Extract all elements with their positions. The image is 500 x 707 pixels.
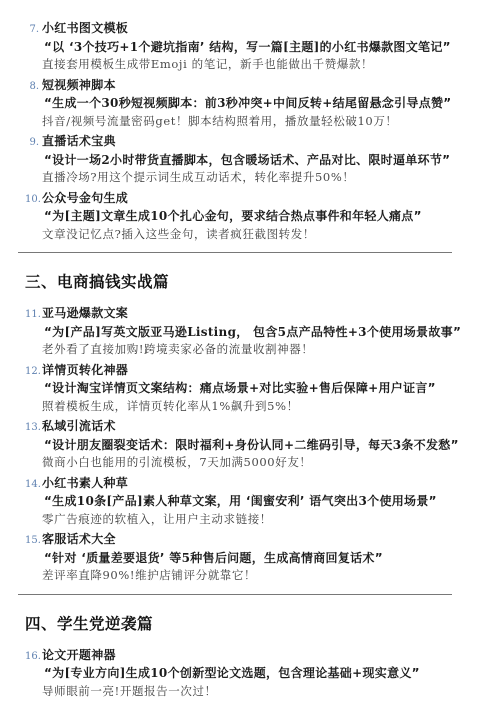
item-number: 8.	[25, 77, 41, 96]
item-note: 老外看了直接加购!跨境卖家必备的流量收割神器！	[42, 341, 500, 359]
item-title: 详情页转化神器	[42, 362, 500, 381]
item-title: 小红书素人种草	[42, 475, 500, 494]
item-title: 客服话术大全	[42, 531, 500, 550]
prompt-item: 8. 短视频神脚本 “生成一个30秒短视频脚本：前3秒冲突+中间反转+结尾留悬念…	[25, 77, 500, 131]
item-title: 亚马逊爆款文案	[42, 305, 500, 324]
prompt-item: 11. 亚马逊爆款文案 “为[产品]写英文版亚马逊Listing， 包含5点产品…	[25, 305, 500, 359]
prompt-item: 12. 详情页转化神器 “设计淘宝详情页文案结构：痛点场景+对比实验+售后保障+…	[25, 362, 500, 416]
section-heading: 三、电商搞钱实战篇	[25, 270, 500, 292]
section: 四、学生党逆袭篇 16. 论文开题神器 “为[专业方向]生成10个创新型论文选题…	[25, 594, 500, 701]
section-divider	[18, 252, 452, 253]
item-prompt: “为[产品]写英文版亚马逊Listing， 包含5点产品特性+3个使用场景故事”	[42, 324, 500, 342]
item-note: 直播冷场?用这个提示词生成互动话术，转化率提升50%！	[42, 169, 500, 187]
item-number: 10.	[25, 190, 41, 209]
item-prompt: “为[主题]文章生成10个扎心金句，要求结合热点事件和年轻人痛点”	[42, 208, 500, 226]
section-heading: 四、学生党逆袭篇	[25, 612, 500, 634]
section-divider	[18, 594, 452, 595]
item-number: 16.	[25, 647, 41, 666]
prompt-item: 14. 小红书素人种草 “生成10条[产品]素人种草文案，用 ‘闺蜜安利’ 语气…	[25, 475, 500, 529]
item-number: 14.	[25, 475, 41, 494]
item-prompt: “针对 ‘质量差要退货’ 等5种售后问题，生成高情商回复话术”	[42, 550, 500, 568]
item-prompt: “设计淘宝详情页文案结构：痛点场景+对比实验+售后保障+用户证言”	[42, 380, 500, 398]
prompt-item: 10. 公众号金句生成 “为[主题]文章生成10个扎心金句，要求结合热点事件和年…	[25, 190, 500, 244]
section-items: 16. 论文开题神器 “为[专业方向]生成10个创新型论文选题，包含理论基础+现…	[25, 647, 500, 701]
item-note: 微商小白也能用的引流模板，7天加满5000好友！	[42, 454, 500, 472]
item-note: 照着模板生成，详情页转化率从1%飙升到5%！	[42, 398, 500, 416]
item-note: 直接套用模板生成带Emoji 的笔记，新手也能做出千赞爆款！	[42, 56, 500, 74]
item-prompt: “以 ‘3个技巧+1个避坑指南’ 结构，写一篇[主题]的小红书爆款图文笔记”	[42, 39, 500, 57]
prompt-item: 16. 论文开题神器 “为[专业方向]生成10个创新型论文选题，包含理论基础+现…	[25, 647, 500, 701]
section-items: 11. 亚马逊爆款文案 “为[产品]写英文版亚马逊Listing， 包含5点产品…	[25, 305, 500, 585]
item-note: 零广告痕迹的软植入，让用户主动求链接！	[42, 511, 500, 529]
item-title: 小红书图文模板	[42, 20, 500, 39]
item-title: 短视频神脚本	[42, 77, 500, 96]
item-note: 抖音/视频号流量密码get！脚本结构照着用，播放量轻松破10万！	[42, 113, 500, 131]
document-page: 7. 小红书图文模板 “以 ‘3个技巧+1个避坑指南’ 结构，写一篇[主题]的小…	[0, 0, 500, 700]
item-title: 论文开题神器	[42, 647, 500, 666]
item-prompt: “设计一场2小时带货直播脚本，包含暖场话术、产品对比、限时逼单环节”	[42, 152, 500, 170]
item-prompt: “为[专业方向]生成10个创新型论文选题，包含理论基础+现实意义”	[42, 665, 500, 683]
item-note: 文章没记忆点?插入这些金句，读者疯狂截图转发！	[42, 226, 500, 244]
item-prompt: “生成10条[产品]素人种草文案，用 ‘闺蜜安利’ 语气突出3个使用场景”	[42, 493, 500, 511]
item-number: 15.	[25, 531, 41, 550]
prompt-item: 15. 客服话术大全 “针对 ‘质量差要退货’ 等5种售后问题，生成高情商回复话…	[25, 531, 500, 585]
item-note: 导师眼前一亮!开题报告一次过！	[42, 683, 500, 701]
item-number: 12.	[25, 362, 41, 381]
item-title: 公众号金句生成	[42, 190, 500, 209]
item-prompt: “设计朋友圈裂变话术：限时福利+身份认同+二维码引导，每天3条不发愁”	[42, 437, 500, 455]
prompt-item: 13. 私域引流话术 “设计朋友圈裂变话术：限时福利+身份认同+二维码引导，每天…	[25, 418, 500, 472]
item-prompt: “生成一个30秒短视频脚本：前3秒冲突+中间反转+结尾留悬念引导点赞”	[42, 95, 500, 113]
item-title: 直播话术宝典	[42, 133, 500, 152]
item-number: 11.	[25, 305, 41, 324]
prompt-item: 7. 小红书图文模板 “以 ‘3个技巧+1个避坑指南’ 结构，写一篇[主题]的小…	[25, 20, 500, 74]
item-note: 差评率直降90%!维护店铺评分就靠它！	[42, 567, 500, 585]
item-title: 私域引流话术	[42, 418, 500, 437]
item-number: 9.	[25, 133, 41, 152]
section: 7. 小红书图文模板 “以 ‘3个技巧+1个避坑指南’ 结构，写一篇[主题]的小…	[25, 20, 500, 243]
item-number: 13.	[25, 418, 41, 437]
document-content: 7. 小红书图文模板 “以 ‘3个技巧+1个避坑指南’ 结构，写一篇[主题]的小…	[25, 20, 500, 700]
section-items: 7. 小红书图文模板 “以 ‘3个技巧+1个避坑指南’ 结构，写一篇[主题]的小…	[25, 20, 500, 243]
section: 三、电商搞钱实战篇 11. 亚马逊爆款文案 “为[产品]写英文版亚马逊Listi…	[25, 252, 500, 585]
prompt-item: 9. 直播话术宝典 “设计一场2小时带货直播脚本，包含暖场话术、产品对比、限时逼…	[25, 133, 500, 187]
item-number: 7.	[25, 20, 41, 39]
